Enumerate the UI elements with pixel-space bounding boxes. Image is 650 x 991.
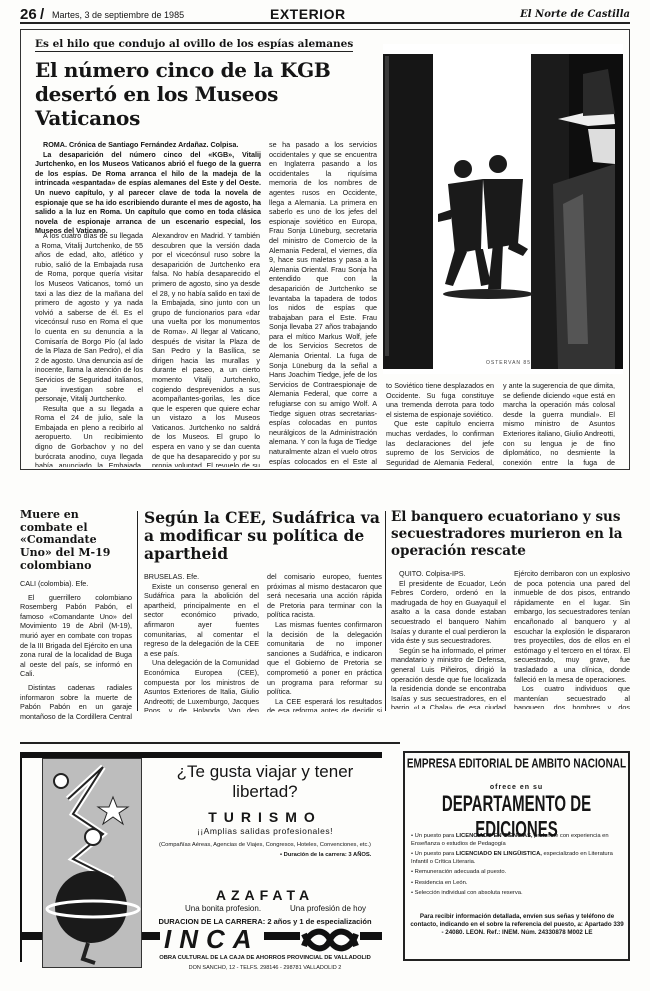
section-title: EXTERIOR bbox=[270, 6, 346, 22]
inca-advertisement: ¿Te gusta viajar y tener libertad? TURIS… bbox=[20, 752, 382, 972]
ad-left-border bbox=[20, 752, 22, 962]
colombia-body: CALI (colombia). Efe. El guerrillero col… bbox=[20, 579, 132, 719]
lead-text: La desaparición del número cinco del «KG… bbox=[35, 150, 261, 236]
article-column-3: se ha pasado a los servicios occidentale… bbox=[269, 140, 377, 467]
sudafrica-column-2: del comisario europeo, fuentes próximas … bbox=[267, 572, 382, 712]
section-divider bbox=[20, 742, 400, 744]
paragraph: y ante la sugerencia de que dimita, se d… bbox=[503, 381, 615, 467]
page-number: 26 bbox=[20, 6, 37, 23]
sudafrica-dateline: BRUSELAS. Efe. bbox=[144, 572, 259, 582]
globe-artwork-icon bbox=[42, 758, 142, 968]
colombia-headline: Muere en combate el «Comandate Uno» del … bbox=[20, 509, 132, 572]
job-list-item: • Residencia en León. bbox=[411, 880, 625, 888]
ad-address: DON SANCHO, 12 - TELFS. 298146 - 298781 … bbox=[145, 965, 385, 971]
job-list-item: • Un puesto para LICENCIADO EN LINGÜISTI… bbox=[411, 851, 625, 866]
sponsor-line: OBRA CULTURAL DE LA CAJA DE AHORROS PROV… bbox=[145, 955, 385, 961]
paragraph: La CEE esperará los resultados de esa re… bbox=[267, 697, 382, 712]
paragraph: Las mismas fuentes confirmaron la decisi… bbox=[267, 620, 382, 697]
paragraph: to Soviético tiene desplazados en Occide… bbox=[386, 381, 494, 419]
ad-company-line: EMPRESA EDITORIAL DE AMBITO NACIONAL bbox=[405, 757, 628, 771]
column-divider bbox=[137, 511, 138, 711]
paragraph: Los cuatro individuos que mantenían secu… bbox=[514, 684, 630, 709]
paragraph: A los cuatro días de su llegada a Roma, … bbox=[35, 231, 143, 404]
ad-headline: ¿Te gusta viajar y tener libertad? bbox=[150, 762, 380, 802]
turismo-detail: (Compañías Aéreas, Agencias de Viajes, C… bbox=[145, 842, 385, 848]
turismo-title: TURISMO bbox=[150, 809, 380, 825]
article-column-4: to Soviético tiene desplazados en Occide… bbox=[386, 381, 494, 467]
ecuador-dateline: QUITO. Colpisa-IPS. bbox=[391, 569, 506, 579]
knot-logo-icon bbox=[300, 926, 360, 954]
illustration-signature: OSTERVAN 85 bbox=[486, 360, 531, 366]
turismo-subtitle: ¡¡Amplias salidas profesionales! bbox=[150, 826, 380, 836]
job-list: • Un puesto para LICENCIADO EN CIENCIAS,… bbox=[411, 833, 625, 901]
paragraph: Alexandrov en Madrid. Y también descubre… bbox=[152, 231, 260, 467]
turismo-duration: • Duración de la carrera: 3 AÑOS. bbox=[280, 852, 390, 858]
job-list-item: • Un puesto para LICENCIADO EN CIENCIAS,… bbox=[411, 833, 625, 848]
inca-logo: INCA bbox=[160, 924, 264, 955]
article-column-5: y ante la sugerencia de que dimita, se d… bbox=[503, 381, 615, 467]
paragraph: se ha pasado a los servicios occidentale… bbox=[269, 140, 377, 467]
paragraph: El presidente de Ecuador, León Febres Co… bbox=[391, 579, 506, 646]
paragraph: Ejército derribaron con un explosivo de … bbox=[514, 569, 630, 684]
article-headline: El número cinco de la KGB desertó en los… bbox=[35, 58, 380, 130]
main-article: Es el hilo que condujo al ovillo de los … bbox=[20, 29, 630, 470]
page-separator: / bbox=[40, 6, 44, 23]
paragraph: Resulta que a su llegada a Roma el 24 de… bbox=[35, 404, 143, 467]
paragraph: del comisario europeo, fuentes próximas … bbox=[267, 572, 382, 620]
masthead: 26 / Martes, 3 de septiembre de 1985 EXT… bbox=[20, 6, 630, 24]
job-list-item: • Selección individual con absoluta rese… bbox=[411, 890, 625, 898]
sudafrica-headline: Según la CEE, Sudáfrica va a modificar s… bbox=[144, 509, 384, 563]
ecuador-column-2: Ejército derribaron con un explosivo de … bbox=[514, 569, 630, 709]
newspaper-name: El Norte de Castilla bbox=[520, 9, 630, 20]
ad-offer-line: ofrece en su bbox=[405, 784, 628, 791]
spy-illustration-icon bbox=[383, 44, 623, 374]
column-divider bbox=[385, 511, 386, 711]
ecuador-column-1: QUITO. Colpisa-IPS. El presidente de Ecu… bbox=[391, 569, 506, 709]
article-kicker: Es el hilo que condujo al ovillo de los … bbox=[35, 38, 353, 52]
azafata-subtitle-2: Una profesión de hoy bbox=[290, 904, 366, 913]
paragraph: Existe un consenso general en Sudáfrica … bbox=[144, 582, 259, 659]
article-column-1: A los cuatro días de su llegada a Roma, … bbox=[35, 231, 143, 467]
azafata-title: AZAFATA bbox=[150, 887, 380, 903]
azafata-subtitle-1: Una bonita profesion. bbox=[185, 904, 261, 913]
job-list-item: • Remuneración adecuada al puesto. bbox=[411, 869, 625, 877]
issue-date: Martes, 3 de septiembre de 1985 bbox=[52, 10, 184, 20]
article-column-2: Alexandrov en Madrid. Y también descubre… bbox=[152, 231, 260, 467]
paragraph: Según se ha informado, el primer mandata… bbox=[391, 646, 506, 709]
ecuador-headline: El banquero ecuatoriano y sus secuestrad… bbox=[391, 509, 631, 560]
sudafrica-column-1: BRUSELAS. Efe. Existe un consenso genera… bbox=[144, 572, 259, 712]
editorial-job-advertisement: EMPRESA EDITORIAL DE AMBITO NACIONAL ofr… bbox=[403, 751, 630, 961]
paragraph: Que este capítulo encierra muchas verdad… bbox=[386, 419, 494, 467]
article-lead: ROMA. Crónica de Santiago Fernández Arda… bbox=[35, 140, 261, 236]
article-byline: ROMA. Crónica de Santiago Fernández Arda… bbox=[35, 140, 261, 150]
paragraph: Una delegación de la Comunidad Económica… bbox=[144, 658, 259, 712]
paragraph: El guerrillero colombiano Rosemberg Pabó… bbox=[20, 593, 132, 679]
ad-contact-info: Para recibir información detallada, enví… bbox=[409, 913, 625, 937]
paragraph: Distintas cadenas radiales informaron so… bbox=[20, 683, 132, 719]
colombia-dateline: CALI (colombia). Efe. bbox=[20, 579, 132, 589]
